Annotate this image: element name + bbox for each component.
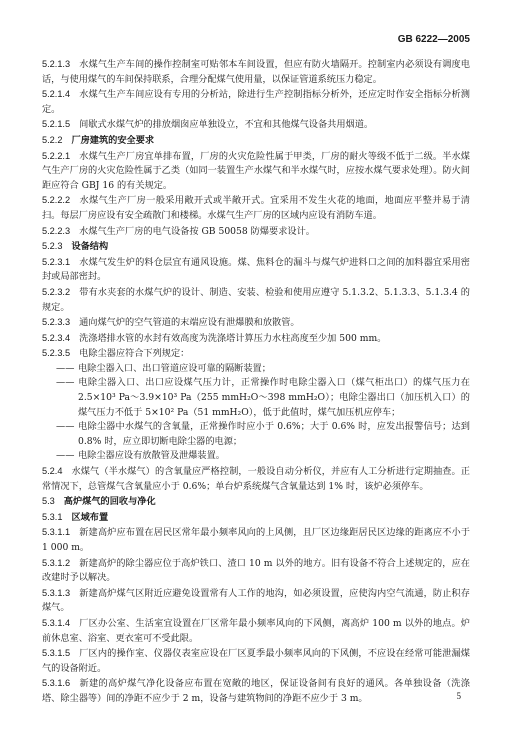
clause-5-2-3-5: 5.2.3.5电除尘器应符合下列规定：: [42, 346, 470, 362]
clause-5-2-4: 5.2.4水煤气（半水煤气）的含氧量应严格控制，一般设自动分析仪，并应有人工分析…: [42, 464, 470, 494]
section-heading-5-2-3: 5.2.3设备结构: [42, 239, 470, 255]
document-page: GB 6222—2005 5.2.1.3水煤气生产车间的操作控制室可贴邻本车间设…: [0, 0, 505, 730]
clause-5-2-2-2: 5.2.2.2水煤气生产厂房一般采用敞开式或半敞开式。宜采用不发生火花的地面，地…: [42, 193, 470, 223]
section-heading-5-3-1: 5.3.1区域布置: [42, 510, 470, 526]
clause-5-2-3-4: 5.2.3.4洗涤塔排水管的水封有效高度为洗涤塔计算压力水柱高度至少加 500 …: [42, 331, 470, 347]
clause-5-3-1-1: 5.3.1.1新建高炉应布置在居民区常年最小频率风向的上风侧，且厂区边缘距居民区…: [42, 525, 470, 555]
clause-5-3-1-5: 5.3.1.5厂区内的操作室、仪器仪表室应设在厂区夏季最小频率风向的下风侧，不应…: [42, 646, 470, 676]
standard-number: GB 6222—2005: [398, 34, 470, 45]
list-item: ——电除尘器应设有放散管及泄爆装置。: [56, 449, 470, 464]
clause-5-2-3-3: 5.2.3.3通向煤气炉的空气管道的末端应设有泄爆膜和放散管。: [42, 315, 470, 331]
clause-5-2-3-1: 5.2.3.1水煤气发生炉的料仓层宜有通风设施。煤、焦料仓的漏斗与煤气炉进料口之…: [42, 255, 470, 285]
section-heading-5-3: 5.3高炉煤气的回收与净化: [42, 494, 470, 510]
list-item: ——电除尘器入口、出口管道应设可靠的隔断装置；: [56, 362, 470, 377]
clause-5-3-1-4: 5.3.1.4厂区办公室、生活室宜设置在厂区常年最小频率风向的下风侧，离高炉 1…: [42, 616, 470, 646]
clause-5-2-1-3: 5.2.1.3水煤气生产车间的操作控制室可贴邻本车间设置，但应有防火墙隔开。控制…: [42, 57, 470, 87]
clause-5-2-2-1: 5.2.2.1水煤气生产厂房宜单排布置，厂房的火灾危险性属于甲类，厂房的耐火等级…: [42, 149, 470, 194]
clause-5-2-3-2: 5.2.3.2带有水夹套的水煤气炉的设计、制造、安装、检验和使用应遵守 5.1.…: [42, 285, 470, 315]
clause-5-2-2-3: 5.2.2.3水煤气生产厂房的电气设备按 GB 50058 防爆要求设计。: [42, 224, 470, 240]
clause-5-3-1-2: 5.3.1.2新建高炉的除尘器应位于高炉铁口、渣口 10 m 以外的地方。旧有设…: [42, 556, 470, 586]
list-item: ——电除尘器中水煤气的含氧量，正常操作时应小于 0.6%；大于 0.6% 时，应…: [56, 420, 470, 449]
document-body: 5.2.1.3水煤气生产车间的操作控制室可贴邻本车间设置，但应有防火墙隔开。控制…: [42, 57, 470, 707]
clause-5-3-1-3: 5.3.1.3新建高炉煤气区附近应避免设置常有人工作的地沟，如必须设置，应使沟内…: [42, 586, 470, 616]
clause-5-2-1-4: 5.2.1.4水煤气生产车间应设有专用的分析站，除进行生产控制指标分析外，还应定…: [42, 87, 470, 117]
clause-5-2-1-5: 5.2.1.5间歇式水煤气炉的排放烟囱应单独设立，不宜和其他煤气设备共用烟道。: [42, 117, 470, 133]
section-heading-5-2-2: 5.2.2厂房建筑的安全要求: [42, 133, 470, 149]
page-number: 5: [457, 691, 462, 701]
clause-5-3-1-6: 5.3.1.6新建的高炉煤气净化设备应布置在宽敞的地区，保证设备间有良好的通风。…: [42, 676, 470, 706]
list-item: ——电除尘器入口、出口应设煤气压力计，正常操作时电除尘器入口（煤气柜出口）的煤气…: [56, 376, 470, 420]
